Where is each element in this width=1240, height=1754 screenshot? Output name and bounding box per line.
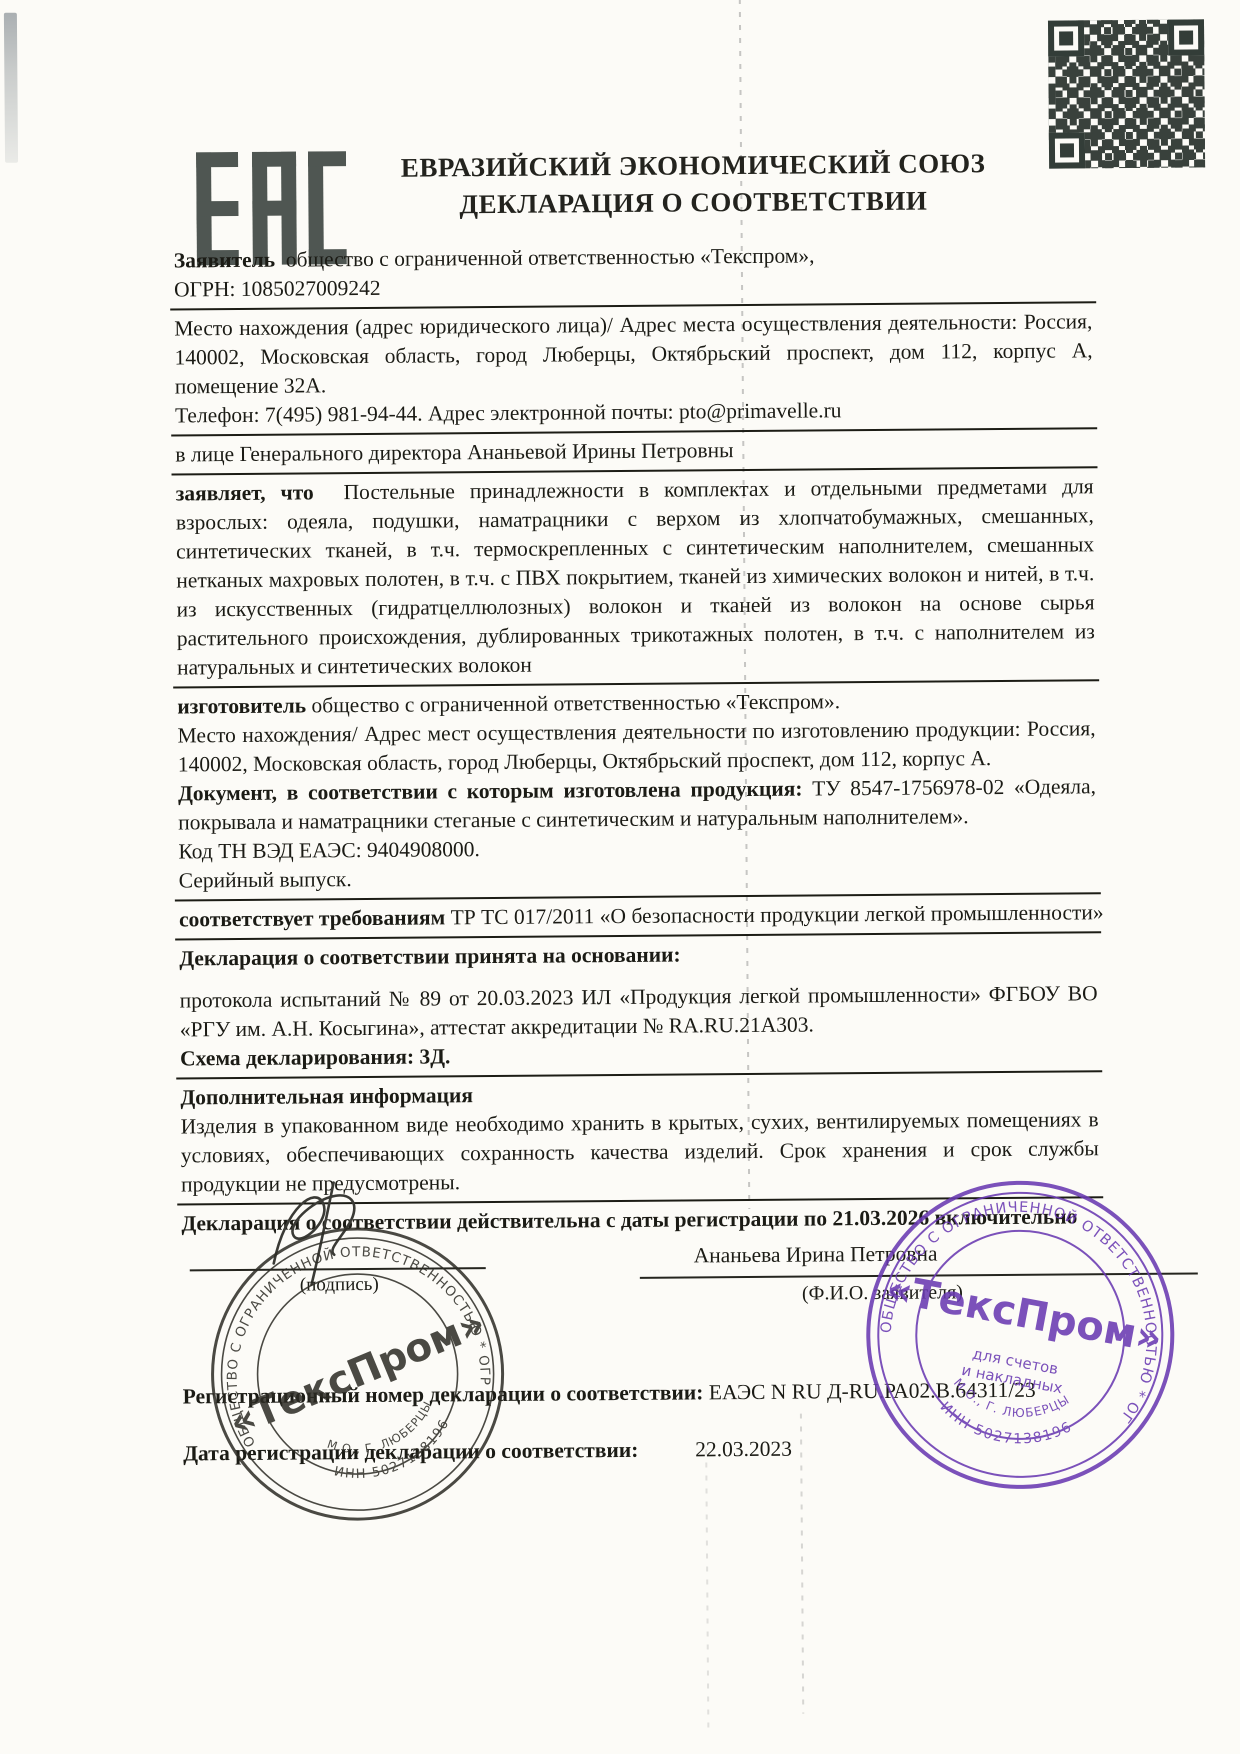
scheme-line: Схема декларирования: 3Д. (180, 1037, 1098, 1073)
qr-finder-top-right (1168, 19, 1204, 55)
scan-artifact-strip (4, 13, 18, 163)
scheme-label: Схема декларирования: 3Д. (180, 1044, 450, 1070)
qr-code-icon (1048, 19, 1205, 168)
qr-finder-top-left (1048, 20, 1084, 56)
serial-release-line: Серийный выпуск. (179, 859, 1097, 895)
basis-heading: Декларация о соответствии принята на осн… (179, 937, 1097, 973)
applicant-ogrn: ОГРН: 1085027009242 (174, 268, 1092, 304)
basis-text: протокола испытаний № 89 от 20.03.2023 И… (180, 979, 1098, 1044)
qr-finder-bottom-left (1049, 132, 1085, 168)
fold-line-3 (705, 1449, 709, 1729)
product-document-label: Документ, в соответствии с которым изгот… (178, 777, 803, 806)
scanned-document: ЕВРАЗИЙСКИЙ ЭКОНОМИЧЕСКИЙ СОЮЗ ДЕКЛАРАЦИ… (0, 0, 1240, 1754)
declaration-document-page: ЕВРАЗИЙСКИЙ ЭКОНОМИЧЕСКИЙ СОЮЗ ДЕКЛАРАЦИ… (0, 0, 1240, 1754)
page-title: ЕВРАЗИЙСКИЙ ЭКОНОМИЧЕСКИЙ СОЮЗ ДЕКЛАРАЦИ… (363, 145, 1024, 224)
manufacturer-label: изготовитель (177, 693, 306, 718)
manufacturer-name: общество с ограниченной ответственностью… (311, 689, 840, 717)
title-line-1: ЕВРАЗИЙСКИЙ ЭКОНОМИЧЕСКИЙ СОЮЗ (363, 145, 1023, 187)
title-line-2: ДЕКЛАРАЦИЯ О СООТВЕТСТВИИ (363, 182, 1023, 224)
document-body: Заявитель общество с ограниченной ответс… (174, 239, 1100, 1238)
declares-label: заявляет, что (176, 480, 314, 505)
applicant-address: Место нахождения (адрес юридического лиц… (174, 307, 1093, 401)
declares-paragraph: заявляет, что Постельные принадлежности … (176, 472, 1096, 682)
product-document-line: Документ, в соответствии с которым изгот… (178, 772, 1096, 837)
company-stamp-black: ОБЩЕСТВО С ОГРАНИЧЕННОЙ ОТВЕТСТВЕННОСТЬЮ… (175, 1191, 540, 1556)
additional-label: Дополнительная информация (180, 1083, 473, 1109)
compliance-value: ТР ТС 017/2011 «О безопасности продукции… (451, 900, 1104, 929)
compliance-label: соответствует требованиям (179, 905, 445, 931)
registration-date-value: 22.03.2023 (695, 1437, 792, 1462)
applicant-label: Заявитель (174, 248, 275, 273)
stamp-company-name: «ТексПром» (883, 1266, 1166, 1362)
declares-text: Постельные принадлежности в комплектах и… (176, 474, 1095, 679)
representative-line: в лице Генерального директора Ананьевой … (175, 433, 1093, 469)
manufacturer-address: Место нахождения/ Адрес мест осуществлен… (177, 714, 1095, 779)
fold-line-2 (800, 1414, 804, 1714)
applicant-name: общество с ограниченной ответственностью… (286, 243, 815, 271)
applicant-phone: Телефон: 7(495) 981-94-44. Адрес электро… (175, 394, 1093, 430)
basis-label: Декларация о соответствии принята на осн… (179, 943, 681, 971)
compliance-line: соответствует требованиям ТР ТС 017/2011… (179, 898, 1097, 934)
